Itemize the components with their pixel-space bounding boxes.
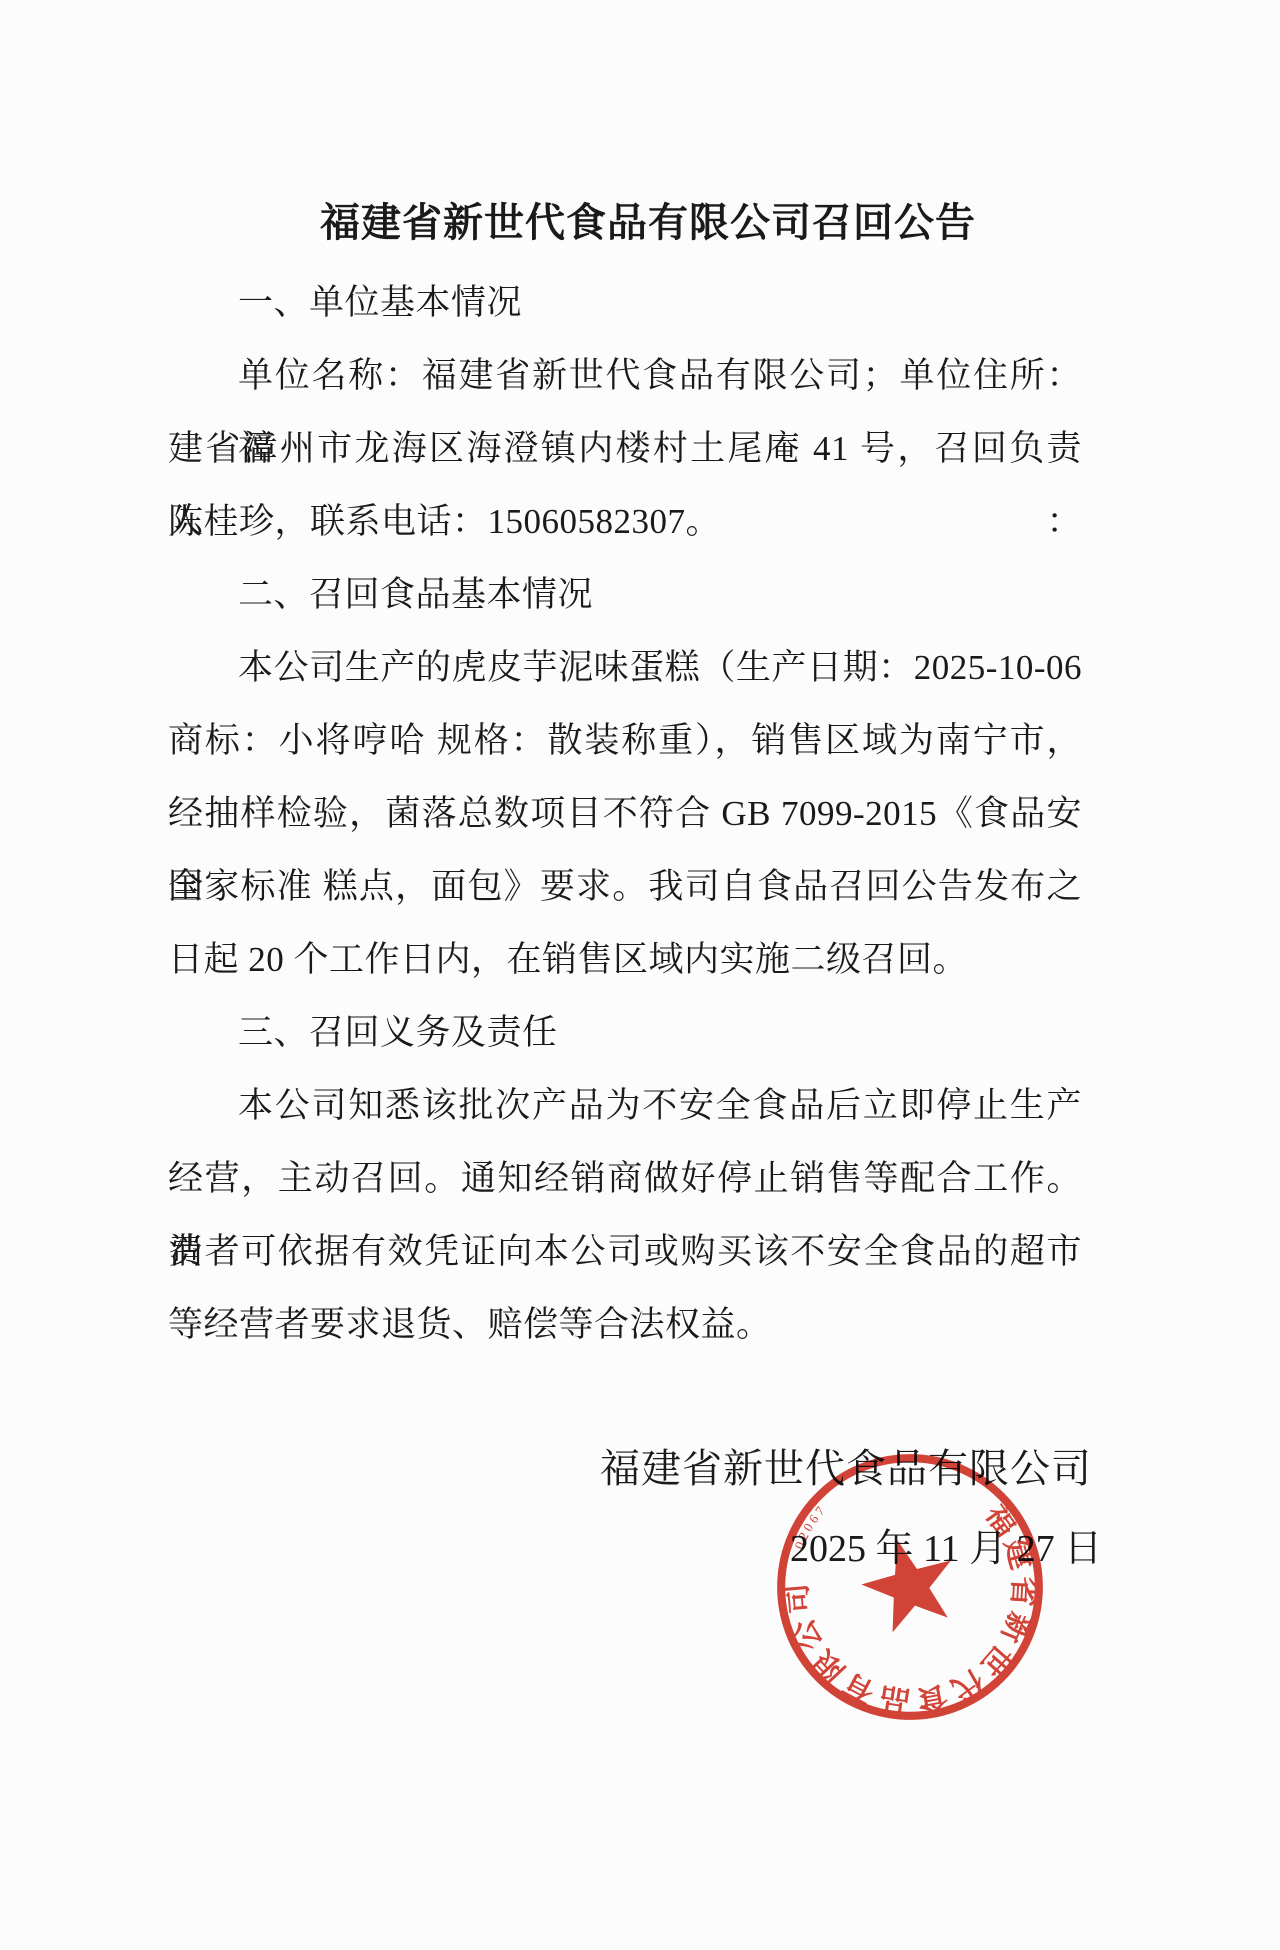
doc-line: 费者可依据有效凭证向本公司或购买该不安全食品的超市 [168,1215,1082,1288]
company-seal: 福建省新世代食品有限公司 02067 [768,1445,1052,1729]
section-heading-2: 二、召回食品基本情况 [168,558,1082,631]
doc-line: 等经营者要求退货、赔偿等合法权益。 [168,1288,1082,1361]
doc-line: 单位名称：福建省新世代食品有限公司；单位住所：福 [168,339,1082,412]
doc-line: 经抽样检验，菌落总数项目不符合 GB 7099-2015《食品安全 [168,777,1082,850]
company-seal-graphic: 福建省新世代食品有限公司 02067 [768,1445,1052,1729]
document-body: 一、单位基本情况 单位名称：福建省新世代食品有限公司；单位住所：福 建省漳州市龙… [168,266,1082,1361]
seal-star-icon [853,1528,965,1637]
doc-line: 建省漳州市龙海区海澄镇内楼村土尾庵 41 号，召回负责人： [168,412,1082,485]
doc-line: 经营，主动召回。通知经销商做好停止销售等配合工作。消 [168,1142,1082,1215]
doc-line: 本公司知悉该批次产品为不安全食品后立即停止生产 [168,1069,1082,1142]
doc-line: 日起 20 个工作日内，在销售区域内实施二级召回。 [168,923,1082,996]
doc-line: 本公司生产的虎皮芋泥味蛋糕（生产日期：2025-10-06 [168,631,1082,704]
document-title: 福建省新世代食品有限公司召回公告 [0,192,1280,254]
doc-line: 商标：小将哼哈 规格：散装称重），销售区域为南宁市， [168,704,1082,777]
section-heading-1: 一、单位基本情况 [168,266,1082,339]
section-heading-3: 三、召回义务及责任 [168,996,1082,1069]
recall-notice-document: 福建省新世代食品有限公司召回公告 一、单位基本情况 单位名称：福建省新世代食品有… [0,0,1280,1950]
doc-line: 国家标准 糕点，面包》要求。我司自食品召回公告发布之 [168,850,1082,923]
